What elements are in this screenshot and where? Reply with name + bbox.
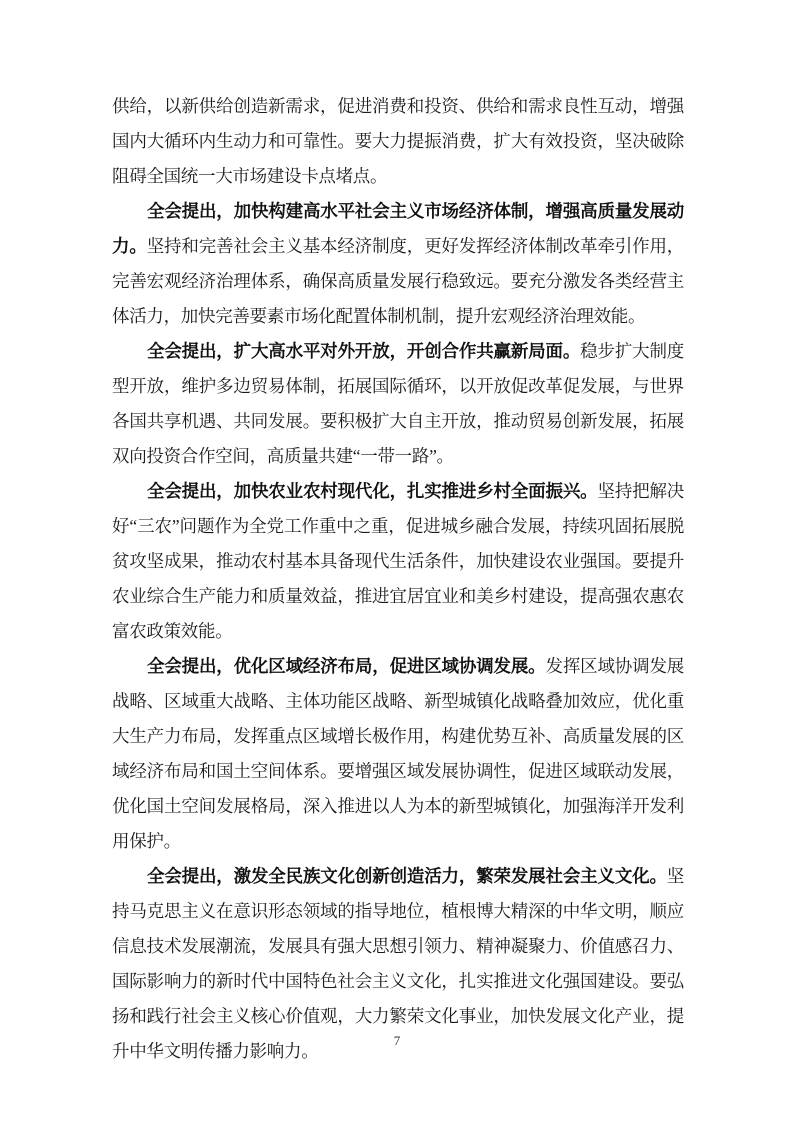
page-number: 7 — [394, 1033, 401, 1048]
paragraph: 全会提出，加快农业农村现代化，扎实推进乡村全面振兴。坚持把解决好“三农”问题作为… — [112, 474, 684, 649]
page-footer: 7 — [0, 1032, 794, 1050]
document-page: 供给，以新供给创造新需求，促进消费和投资、供给和需求良性互动，增强国内大循环内生… — [0, 0, 794, 1123]
paragraph-text: 供给，以新供给创造新需求，促进消费和投资、供给和需求良性互动，增强国内大循环内生… — [112, 96, 684, 186]
paragraph: 供给，以新供给创造新需求，促进消费和投资、供给和需求良性互动，增强国内大循环内生… — [112, 89, 684, 194]
document-body: 供给，以新供给创造新需求，促进消费和投资、供给和需求良性互动，增强国内大循环内生… — [112, 89, 684, 1069]
paragraph-text: 发挥区域协调发展战略、区域重大战略、主体功能区战略、新型城镇化战略叠加效应，优化… — [112, 656, 684, 851]
paragraph: 全会提出，优化区域经济布局，促进区域协调发展。发挥区域协调发展战略、区域重大战略… — [112, 649, 684, 859]
paragraph: 全会提出，加快构建高水平社会主义市场经济体制，增强高质量发展动力。坚持和完善社会… — [112, 194, 684, 334]
paragraph-lead-bold: 全会提出，优化区域经济布局，促进区域协调发展。 — [147, 656, 546, 676]
paragraph-lead-bold: 全会提出，扩大高水平对外开放，开创合作共赢新局面。 — [147, 341, 580, 361]
paragraph-text: 坚持和完善社会主义基本经济制度，更好发挥经济体制改革牵引作用，完善宏观经济治理体… — [112, 236, 684, 326]
paragraph: 全会提出，扩大高水平对外开放，开创合作共赢新局面。稳步扩大制度型开放，维护多边贸… — [112, 334, 684, 474]
paragraph-lead-bold: 全会提出，激发全民族文化创新创造活力，繁荣发展社会主义文化。 — [147, 866, 667, 886]
paragraph-lead-bold: 全会提出，加快农业农村现代化，扎实推进乡村全面振兴。 — [147, 481, 598, 501]
paragraph-text: 坚持把解决好“三农”问题作为全党工作重中之重，促进城乡融合发展，持续巩固拓展脱贫… — [112, 481, 684, 641]
